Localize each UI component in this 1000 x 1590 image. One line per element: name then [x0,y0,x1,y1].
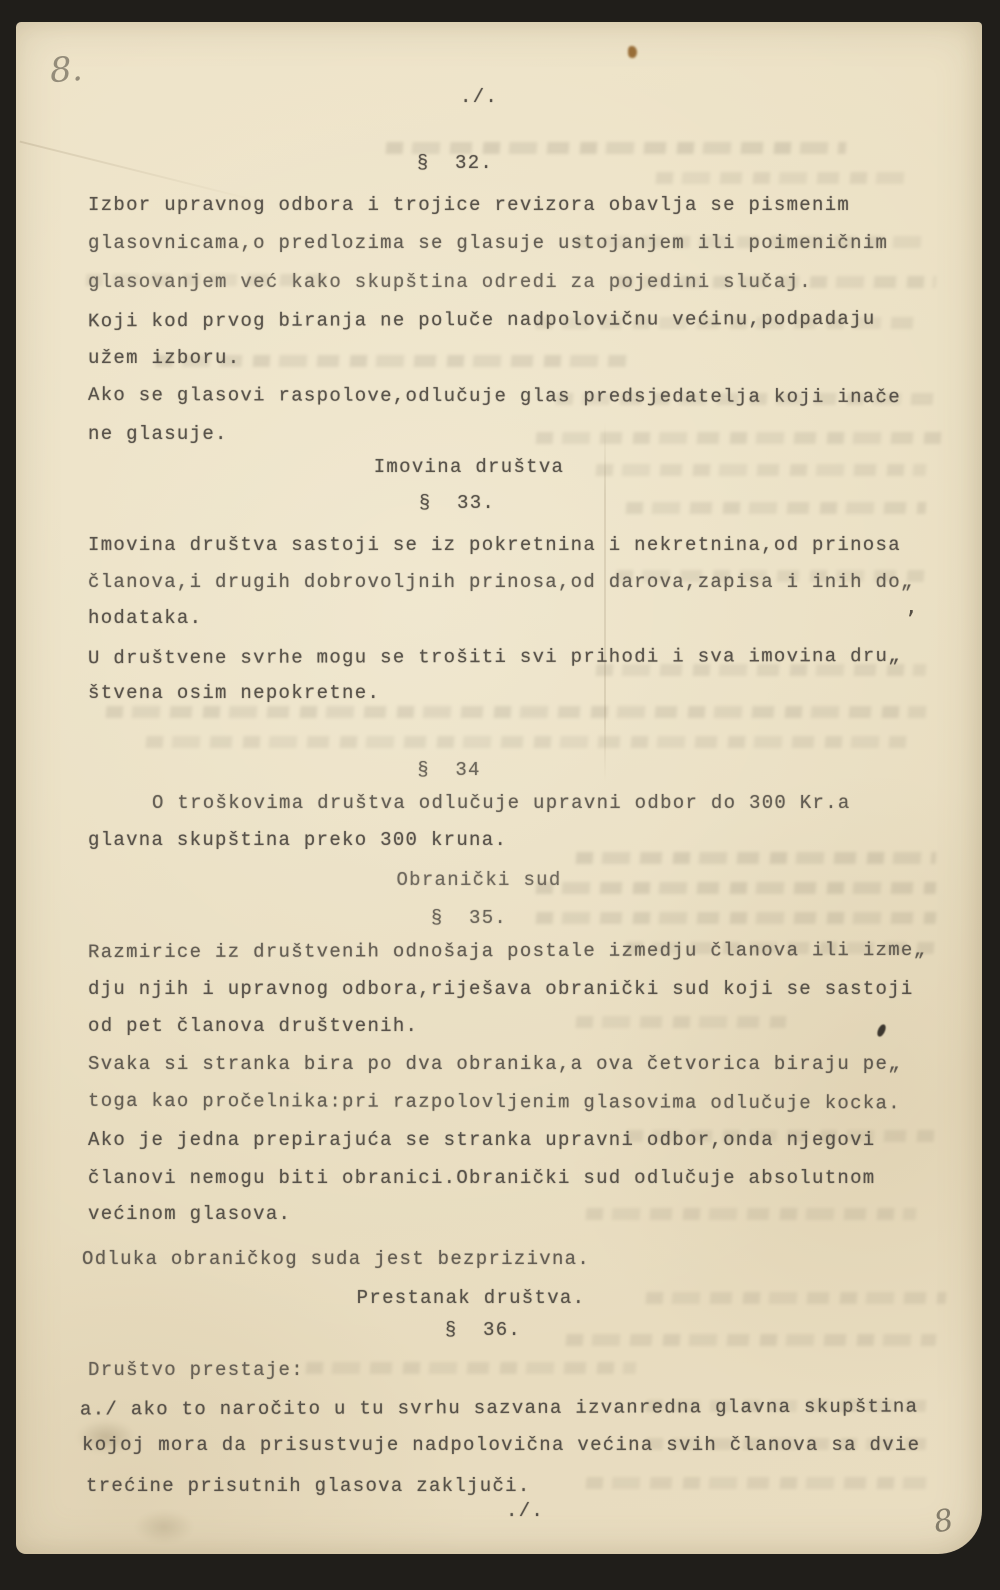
bleed-through-streak [306,1362,637,1374]
bleed-through-streak [536,432,947,444]
text-line: Izbor upravnog odbora i trojice revizora… [88,192,850,218]
text-line: glasovnicama,o predlozima se glasuje ust… [88,230,888,256]
continuation-mark-top: ./. [460,84,498,110]
text-line: Koji kod prvog biranja ne poluče nadpolo… [88,306,876,334]
section-heading-32: § 32. [0,150,938,176]
text-line: U društvene svrhe mogu se trošiti svi pr… [88,643,901,671]
bleed-through-streak [576,1016,787,1028]
text-line: članova,i drugih dobrovoljnih prinosa,od… [88,569,914,595]
section-heading-36: § 36. [0,1317,966,1343]
text-line: štvena osim nepokretne. [88,680,380,706]
text-line: članovi nemogu biti obranici.Obranički s… [88,1165,876,1191]
text-line: glasovanjem već kako skupština odredi za… [88,269,812,295]
text-line: Ako je jedna prepirajuća se stranka upra… [88,1127,876,1153]
document-page: ’ 8. 8 ./. § 32. Izbor upravnog odbora i… [16,22,982,1554]
bleed-through-streak [106,706,927,718]
text-line: hodataka. [88,605,202,631]
ink-mark: ’ [904,608,917,633]
text-line: a./ ako to naročito u tu svrhu sazvana i… [80,1394,918,1423]
text-line: Svaka si stranka bira po dva obranika,a … [88,1051,901,1077]
text-line: Ako se glasovi raspolove,odlučuje glas p… [88,382,901,410]
text-line: toga kao pročelnika:pri razpolovljenim g… [88,1088,901,1117]
paper-stain [134,1510,194,1544]
bleed-through-streak [586,1208,917,1220]
section-title-prestanak: Prestanak društva. [0,1285,954,1311]
text-line: većinom glasova. [88,1201,291,1227]
section-title-obranicki: Obranički sud [0,867,962,893]
pencil-page-number-top: 8. [49,49,84,91]
bleed-through-streak [576,852,937,864]
paper-stain [628,46,637,58]
text-line: O troškovima društva odlučuje upravni od… [152,790,851,816]
text-line: Razmirice iz društvenih odnošaja postale… [88,937,926,965]
pencil-page-number-bottom: 8 [931,1503,956,1541]
text-line: Odluka obraničkog suda jest bezprizivna. [82,1246,590,1272]
continuation-mark-bottom: ./. [506,1498,544,1524]
section-heading-34: § 34 [0,757,932,783]
text-line: dju njih i upravnog odbora,riješava obra… [88,976,914,1002]
text-line: Imovina društva sastoji se iz pokretnina… [88,532,901,558]
text-line: ne glasuje. [88,421,228,447]
section-heading-35: § 35. [0,905,952,931]
section-title-imovina: Imovina društva [0,454,952,480]
scan-background: ’ 8. 8 ./. § 32. Izbor upravnog odbora i… [0,0,1000,1590]
bleed-through-streak [586,1477,927,1489]
ink-blot [876,1023,887,1038]
text-line: Društvo prestaje: [88,1357,304,1383]
text-line: trećine prisutnih glasova zaključi. [86,1473,531,1499]
text-line: od pet članova društvenih. [88,1013,418,1039]
text-line: užem izboru. [88,345,240,371]
section-heading-33: § 33. [0,490,940,516]
text-line: glavna skupština preko 300 kruna. [88,827,507,853]
bleed-through-streak [146,736,907,748]
text-line: kojoj mora da prisustvuje nadpolovična v… [82,1432,920,1458]
